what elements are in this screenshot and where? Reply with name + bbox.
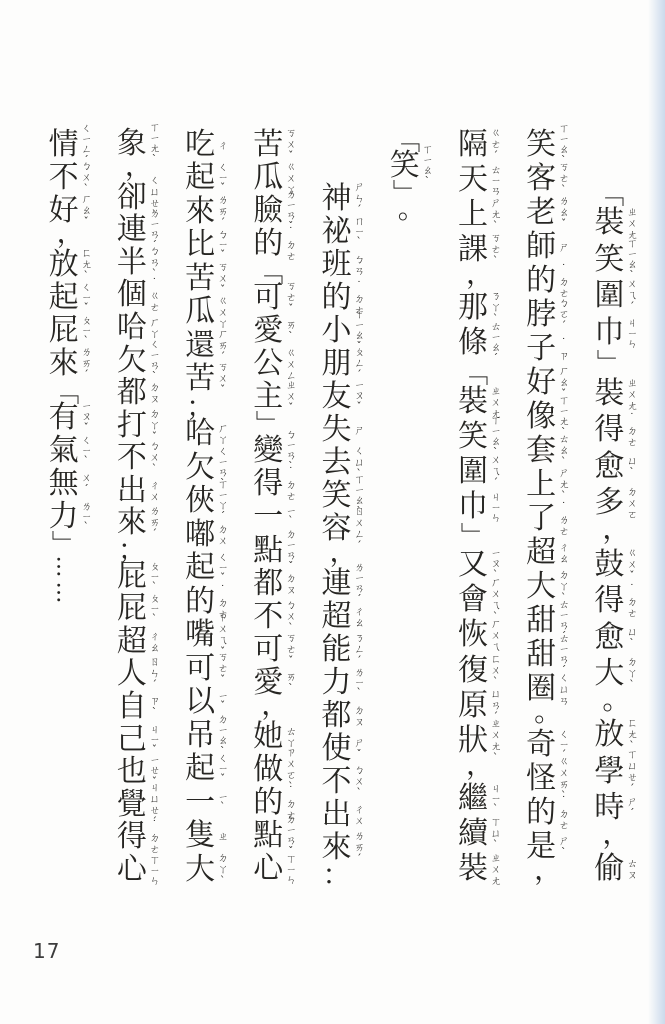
zhuyin-annotation: ㄒㄩˋ [488,816,501,852]
character-cell: 起ㄑㄧˇ [47,281,80,314]
han-glyph: 嘴 [185,620,215,650]
character-cell: 超ㄔㄠ [525,536,558,569]
punctuation-cell: ， [456,759,489,780]
character-cell: 能ㄋㄥˊ [320,633,353,666]
han-glyph: 自 [117,692,147,722]
character-cell: 半ㄅㄢˋ [115,247,148,280]
zhuyin-annotation: ㄔㄠ [557,541,570,564]
character-cell: 小ㄒㄧㄠˇ [320,314,353,347]
character-cell: 神ㄕㄣˊ [320,182,353,215]
character-cell: 的˙ㄉㄜ [320,281,353,314]
zhuyin-annotation: ㄏㄨㄟˋ [488,577,501,625]
text-column-4: 「笑ㄒㄧㄠˋ」。 [377,128,445,886]
character-cell: 班ㄅㄢ [320,248,353,281]
han-glyph: 放 [49,250,79,280]
character-cell: 圍ㄨㄟˊ [456,455,489,488]
han-glyph: 來 [49,349,79,379]
character-cell: 變ㄅㄧㄢˋ [252,435,285,468]
character-cell: 主ㄓㄨˇ [252,381,285,414]
character-cell: 得˙ㄉㄜ [115,821,148,854]
character-cell: 來ㄌㄞˊ [184,195,217,228]
punctuation-cell: ， [252,699,285,720]
han-glyph: 裝 [458,387,488,417]
han-glyph: 超 [117,627,147,657]
zhuyin-annotation: ㄎㄜˇ [216,651,229,687]
zhuyin-annotation: ㄎㄜˇ [284,280,297,316]
zhuyin-annotation: ㄐㄧˋ [488,782,501,816]
zhuyin-annotation: ㄎㄨˇ [216,261,229,297]
character-cell: 大ㄉㄚˋ [184,853,217,886]
character-cell: 裝ㄓㄨㄤ [456,385,489,418]
zhuyin-annotation: ㄅㄢ [352,253,365,276]
character-cell: 的˙ㄉㄜ [252,787,285,820]
han-glyph: 卻 [117,183,147,213]
han-glyph: 甜 [526,606,556,636]
han-glyph: 的 [185,587,215,617]
han-glyph: 大 [185,855,215,885]
character-cell: 得˙ㄉㄜ [593,414,626,447]
han-glyph: 天 [458,165,488,195]
han-glyph: 的 [322,283,352,313]
character-cell: 了˙ㄌㄜ [525,502,558,535]
han-glyph: 笑 [594,245,624,275]
character-cell: 俠ㄒㄧㄚˊ [184,485,217,518]
character-cell: 連ㄌㄧㄢˊ [115,214,148,247]
han-glyph: 起 [185,553,215,583]
han-glyph: 可 [185,654,215,684]
han-glyph: 來 [185,197,215,227]
han-glyph: 愛 [253,316,283,346]
zhuyin-annotation: ㄌㄞˊ [352,830,365,866]
character-cell: 裝ㄓㄨㄤ [593,377,626,410]
han-glyph: 力 [49,502,79,532]
character-cell: 情ㄑㄧㄥˊ [47,128,80,161]
zhuyin-annotation: ㄓㄨㄤ [625,206,638,241]
zhuyin-annotation: ㄅㄨˋ [284,599,297,635]
character-cell: 心ㄒㄧㄣ [115,853,148,886]
character-cell: 連ㄌㄧㄢˊ [320,567,353,600]
han-glyph: 公 [253,349,283,379]
zhuyin-annotation: ㄑㄧㄢˋ [147,338,160,383]
character-cell: 朋ㄆㄥˊ [320,347,353,380]
zhuyin-annotation: ㄆㄧˋ [147,592,160,626]
han-glyph: 失 [322,415,352,445]
text-column-6: 苦ㄎㄨˇ瓜ㄍㄨㄚ臉ㄌㄧㄢˇ的˙ㄉㄜ「可ㄎㄜˇ愛ㄞˋ公ㄍㄨㄥ主ㄓㄨˇ」變ㄅㄧㄢˋ得… [241,128,309,886]
zhuyin-annotation: ㄐㄧㄣ [625,316,638,348]
character-cell: 的˙ㄉㄜ [525,264,558,297]
han-glyph: 也 [117,757,147,787]
zhuyin-annotation: ㄕ [352,424,365,436]
character-cell: 己ㄐㄧˇ [115,723,148,756]
zhuyin-annotation: ㄑㄧˇ [79,281,92,315]
character-cell: 愛ㄞˋ [252,314,285,347]
han-glyph: 可 [253,283,283,313]
punctuation-cell: ， [456,269,489,290]
character-cell: 點ㄉㄧㄢˇ [252,534,285,567]
zhuyin-annotation: ㄔㄨ [352,804,365,827]
zhuyin-annotation: ㄏㄚ [216,423,229,446]
character-cell: 使ㄕˇ [320,733,353,766]
han-glyph: 了 [526,504,556,534]
character-cell: 吃ㄔ [184,128,217,161]
han-glyph: 還 [185,331,215,361]
zhuyin-annotation: ㄧˋ [284,506,297,528]
character-cell: 可ㄎㄜˇ [252,281,285,314]
han-glyph: 能 [322,635,352,665]
zhuyin-annotation: ˙ㄉㄜ [625,583,638,619]
character-cell: 打ㄉㄚˇ [115,409,148,442]
han-glyph: 打 [117,411,147,441]
han-glyph: 人 [117,659,147,689]
zhuyin-annotation: ㄆㄧˋ [147,560,160,594]
story-text: 「裝ㄓㄨㄤ笑ㄒㄧㄠˋ圍ㄨㄟˊ巾ㄐㄧㄣ」裝ㄓㄨㄤ得˙ㄉㄜ愈ㄩˋ多ㄉㄨㄛ，鼓ㄍㄨˇ得… [36,128,650,886]
han-glyph: 鼓 [594,550,624,580]
character-cell: 放ㄈㄤˋ [593,719,626,752]
han-glyph: 像 [526,402,556,432]
scan-edge-shadow [648,0,665,1024]
han-glyph: 又 [458,550,488,580]
han-glyph: 友 [322,382,352,412]
han-glyph: 以 [185,687,215,717]
han-glyph: 偷 [594,854,624,884]
text-column-1: 「裝ㄓㄨㄤ笑ㄒㄧㄠˋ圍ㄨㄟˊ巾ㄐㄧㄣ」裝ㄓㄨㄤ得˙ㄉㄜ愈ㄩˋ多ㄉㄨㄛ，鼓ㄍㄨˇ得… [582,128,650,886]
zhuyin-annotation: ˙ㄉㄜ [557,263,570,299]
han-glyph: 個 [117,280,147,310]
text-column-3: 隔ㄍㄜˊ天ㄊㄧㄢ上ㄕㄤˋ課ㄎㄜˋ，那ㄋㄚˋ條ㄊㄧㄠˊ「裝ㄓㄨㄤ笑ㄒㄧㄠˋ圍ㄨㄟˊ… [445,128,513,886]
han-glyph: 超 [322,602,352,632]
character-cell: 甜ㄊㄧㄢˊ [525,604,558,637]
zhuyin-annotation: ㄌㄞˊ [216,194,229,230]
character-cell: 都ㄉㄡ [320,700,353,733]
character-cell: 個˙ㄍㄜ [115,279,148,312]
zhuyin-annotation: ㄓ [216,830,229,842]
zhuyin-annotation: ㄌㄧㄢˊ [352,561,365,606]
han-glyph: 使 [322,734,352,764]
han-glyph: 條 [458,328,488,358]
han-glyph: 繼 [458,784,488,814]
zhuyin-annotation: ˙ㄉㄜ [557,795,570,831]
han-glyph: 隔 [458,130,488,160]
character-cell: 那ㄋㄚˋ [456,292,489,325]
character-cell: 續ㄒㄩˋ [456,818,489,851]
han-glyph: 哈 [185,419,215,449]
zhuyin-annotation: ㄐㄧㄣ [488,491,501,523]
han-glyph: ， [466,751,494,779]
zhuyin-annotation: ㄔㄠ [352,605,365,628]
character-cell: 客ㄎㄜˋ [525,162,558,195]
zhuyin-annotation: ㄒㄧㄠˋ [625,237,638,282]
han-glyph: 笑 [390,151,420,181]
han-glyph: 都 [322,701,352,731]
han-glyph: 得 [117,822,147,852]
han-glyph: 朋 [322,349,352,379]
character-cell: 可ㄎㄜˇ [184,652,217,685]
punctuation-cell: 「 [456,362,489,383]
character-cell: 心ㄒㄧㄣ [252,853,285,886]
han-glyph: 祕 [322,217,352,247]
han-glyph: … [53,556,75,579]
character-cell: 笑ㄒㄧㄠˋ [525,128,558,161]
character-cell: 也ㄧㄝˇ [115,756,148,789]
character-cell: 愈ㄩˋ [593,621,626,654]
han-glyph: 屁 [117,594,147,624]
character-cell: 起ㄑㄧˇ [184,753,217,786]
character-cell: 得˙ㄉㄜ [252,468,285,501]
character-cell: 都ㄉㄡ [252,567,285,600]
character-cell: 笑ㄒㄧㄠˋ [593,243,626,276]
han-glyph: 主 [253,382,283,412]
zhuyin-annotation: ㄍㄨˇ [625,547,638,583]
zhuyin-annotation: ㄌㄞˊ [147,505,160,541]
punctuation-cell: ， [593,523,626,544]
character-cell: 笑ㄒㄧㄠˋ [456,420,489,453]
han-glyph: 一 [185,788,215,818]
zhuyin-annotation: ㄨㄟˊ [625,278,638,314]
han-glyph: 出 [322,800,352,830]
zhuyin-annotation: ㄒㄧㄠˋ [488,414,501,459]
zhuyin-annotation: ˙ㄉㄜ [147,819,160,855]
han-glyph: 會 [458,585,488,615]
character-cell: 失ㄕ [320,414,353,447]
han-glyph: 己 [117,725,147,755]
han-glyph: 氣 [49,436,79,466]
han-glyph: 去 [322,448,352,478]
han-glyph: ， [602,820,630,848]
han-glyph: 圍 [458,457,488,487]
han-glyph: 苦 [253,130,283,160]
zhuyin-annotation: ㄍㄜˊ [488,127,501,163]
character-cell: 超ㄔㄠ [115,626,148,659]
zhuyin-annotation: ㄅㄨˋ [352,764,365,800]
han-glyph: 可 [253,635,283,665]
zhuyin-annotation: ㄈㄤˋ [79,247,92,283]
character-cell: 怪ㄍㄨㄞˋ [525,763,558,796]
character-cell: 起ㄑㄧˇ [184,552,217,585]
han-glyph: 連 [322,569,352,599]
han-glyph: 點 [253,536,283,566]
han-glyph: 復 [458,656,488,686]
character-cell: 嘴ㄗㄨㄟˇ [184,619,217,652]
zhuyin-annotation: ㄗˋ [147,695,160,720]
character-cell: 嘟ㄉㄨ [184,518,217,551]
zhuyin-annotation: ㄧㄡˇ [79,401,92,435]
zhuyin-annotation: ㄒㄧㄠˋ [420,143,433,188]
zhuyin-annotation: ㄆㄥˊ [352,346,365,382]
zhuyin-annotation: ㄓㄨㄤ [625,377,638,412]
punctuation-cell: 」 [47,533,80,554]
han-glyph: 苦 [185,264,215,294]
han-glyph: 脖 [526,300,556,330]
character-cell: 公ㄍㄨㄥ [252,348,285,381]
character-cell: 不ㄅㄨˋ [252,600,285,633]
zhuyin-annotation: ㄊㄠˋ [557,433,570,469]
zhuyin-annotation: ㄑㄧˇ [216,752,229,786]
character-cell: 裝ㄓㄨㄤ [593,207,626,240]
character-cell: 超ㄔㄠ [320,600,353,633]
zhuyin-annotation: ˙ㄌㄜ [557,501,570,537]
han-glyph: 情 [49,130,79,160]
han-glyph: 怪 [526,764,556,794]
character-cell: 力ㄌㄧˋ [320,666,353,699]
character-cell: 會ㄏㄨㄟˋ [456,584,489,617]
zhuyin-annotation: ㄨㄟˊ [488,454,501,490]
zhuyin-annotation: ㄊㄧㄢ [488,163,501,195]
character-cell: 師ㄕ [525,230,558,263]
character-cell: 隔ㄍㄜˊ [456,128,489,161]
character-cell: 偷ㄊㄡ [593,853,626,886]
character-cell: 出ㄔㄨ [115,474,148,507]
text-column-8: 象ㄒㄧㄤˋ，卻ㄑㄩㄝˋ連ㄌㄧㄢˊ半ㄅㄢˋ個˙ㄍㄜ哈ㄏㄚ欠ㄑㄧㄢˋ都ㄉㄡ打ㄉㄚˇ不… [104,128,172,886]
zhuyin-annotation: ㄉㄚˋ [216,852,229,888]
character-cell: 哈ㄏㄚ [115,312,148,345]
zhuyin-annotation: ㄔㄨ [147,479,160,502]
han-glyph: 出 [117,476,147,506]
character-cell: 欠ㄑㄧㄢˋ [115,344,148,377]
han-glyph: 力 [322,668,352,698]
character-cell: 不ㄅㄨˋ [47,161,80,194]
zhuyin-annotation: ㄊㄡ [625,858,638,881]
han-glyph: 得 [594,415,624,445]
zhuyin-annotation: ㄉㄡ [284,572,297,595]
zhuyin-annotation: ㄓㄨㄤ [488,852,501,887]
character-cell: 奇ㄑㄧˊ [525,729,558,762]
character-cell: 哈ㄏㄚ [184,418,217,451]
character-cell: 友ㄧㄡˇ [320,381,353,414]
character-cell: 一ㄧˋ [252,501,285,534]
han-glyph: ， [602,515,630,543]
han-glyph: 的 [253,229,283,259]
han-glyph: 吊 [185,721,215,751]
character-cell: 上ㄕㄤˋ [525,468,558,501]
page-number: 17 [33,939,60,963]
han-glyph: 那 [458,293,488,323]
han-glyph: 覺 [117,790,147,820]
han-glyph: 放 [594,720,624,750]
character-cell: 笑ㄒㄧㄠˋ [388,149,421,182]
character-cell: 笑ㄒㄧㄠˋ [320,480,353,513]
han-glyph: 屁 [49,316,79,346]
character-cell: 氣ㄑㄧˋ [47,434,80,467]
zhuyin-annotation: ㄉㄧㄢˇ [284,528,297,573]
han-glyph: 笑 [526,130,556,160]
zhuyin-annotation: ㄓㄨˇ [284,379,297,415]
zhuyin-annotation: ㄉㄡ [352,705,365,728]
han-glyph: 子 [526,334,556,364]
character-cell: 人ㄖㄣˊ [115,658,148,691]
punctuation-cell: 「 [593,182,626,203]
zhuyin-annotation: ㄖㄣˊ [147,656,160,692]
han-glyph: 笑 [322,481,352,511]
punctuation-cell: 」 [252,414,285,435]
han-glyph: 不 [117,443,147,473]
han-glyph: 連 [117,215,147,245]
han-glyph: 得 [253,469,283,499]
character-cell: 無ㄨˊ [47,467,80,500]
character-cell: 放ㄈㄤˋ [47,248,80,281]
punctuation-cell: ， [525,865,558,886]
character-cell: 繼ㄐㄧˋ [456,783,489,816]
punctuation-cell: … [47,554,80,580]
han-glyph: 奇 [526,730,556,760]
character-cell: 大ㄉㄚˋ [525,570,558,603]
character-cell: 來ㄌㄞˊ [47,347,80,380]
zhuyin-annotation: ˙ㄉㄜ [625,412,638,448]
punctuation-cell: 」 [456,526,489,547]
punctuation-cell: 」 [593,353,626,374]
punctuation-cell: … [47,580,80,606]
punctuation-cell: 。 [593,694,626,715]
zhuyin-annotation: ㄩˋ [625,625,638,650]
character-cell: 有ㄧㄡˇ [47,401,80,434]
han-glyph: 屁 [117,562,147,592]
character-cell: 出ㄔㄨ [320,799,353,832]
punctuation-cell: 「 [252,260,285,281]
zhuyin-annotation: ㄑㄧˇ [216,161,229,195]
zhuyin-annotation: ㄒㄧㄣ [284,853,297,885]
character-cell: 瓜ㄍㄨㄚ [184,296,217,329]
character-cell: 巾ㄐㄧㄣ [593,316,626,349]
character-cell: 的˙ㄉㄜ [184,585,217,618]
zhuyin-annotation: ㄅㄧˇ [216,228,229,262]
han-glyph: 得 [594,586,624,616]
zhuyin-annotation: ㄌㄞˊ [79,346,92,382]
han-glyph: 心 [117,855,147,885]
han-glyph: 「 [595,178,623,206]
han-glyph: 無 [49,469,79,499]
zhuyin-annotation: ㄇㄧˋ [352,215,365,249]
han-glyph: 俠 [185,486,215,516]
zhuyin-annotation: ㄅㄨˋ [147,440,160,476]
character-cell: 都ㄉㄡ [115,377,148,410]
han-glyph: 半 [117,248,147,278]
zhuyin-annotation: ˙ㄉㄜ [284,466,297,502]
character-cell: 屁ㄆㄧˋ [47,314,80,347]
character-cell: 像ㄒㄧㄤˋ [525,400,558,433]
han-glyph: ， [261,691,289,719]
zhuyin-annotation: ㄧㄡˇ [352,380,365,414]
han-glyph: 巾 [458,492,488,522]
punctuation-cell: 。 [388,203,421,224]
zhuyin-annotation: ㄔㄠ [147,630,160,653]
character-cell: 的˙ㄉㄜ [252,227,285,260]
zhuyin-annotation: ㄏㄞˊ [216,328,229,364]
han-glyph: 師 [526,232,556,262]
zhuyin-annotation: ㄞˋ [284,319,297,344]
han-glyph: 點 [253,821,283,851]
zhuyin-annotation: ㄎㄜˋ [557,161,570,197]
character-cell: 卻ㄑㄩㄝˋ [115,182,148,215]
character-cell: 的˙ㄉㄜ [525,797,558,830]
character-cell: 欠ㄑㄧㄢˋ [184,451,217,484]
han-glyph: 好 [526,368,556,398]
han-glyph: 巾 [594,318,624,348]
text-column-5: 神ㄕㄣˊ祕ㄇㄧˋ班ㄅㄢ的˙ㄉㄜ小ㄒㄧㄠˇ朋ㄆㄥˊ友ㄧㄡˇ失ㄕ去ㄑㄩˋ笑ㄒㄧㄠˋ容… [309,128,377,886]
zhuyin-annotation: ㄎㄨˇ [216,361,229,397]
zhuyin-annotation: ㄅㄢˋ [147,245,160,281]
han-glyph: 裝 [458,854,488,884]
zhuyin-annotation: ㄒㄧㄣ [147,854,160,886]
han-glyph: 圍 [594,281,624,311]
character-cell: 屁ㄆㄧˋ [115,561,148,594]
han-glyph: 不 [322,767,352,797]
han-glyph: 心 [253,854,283,884]
han-glyph: 哈 [117,313,147,343]
punctuation-cell: 「 [388,128,421,149]
han-glyph: ： [323,861,351,889]
character-cell: 還ㄏㄞˊ [184,329,217,362]
punctuation-cell: ； [115,540,148,561]
han-glyph: 瓜 [253,163,283,193]
